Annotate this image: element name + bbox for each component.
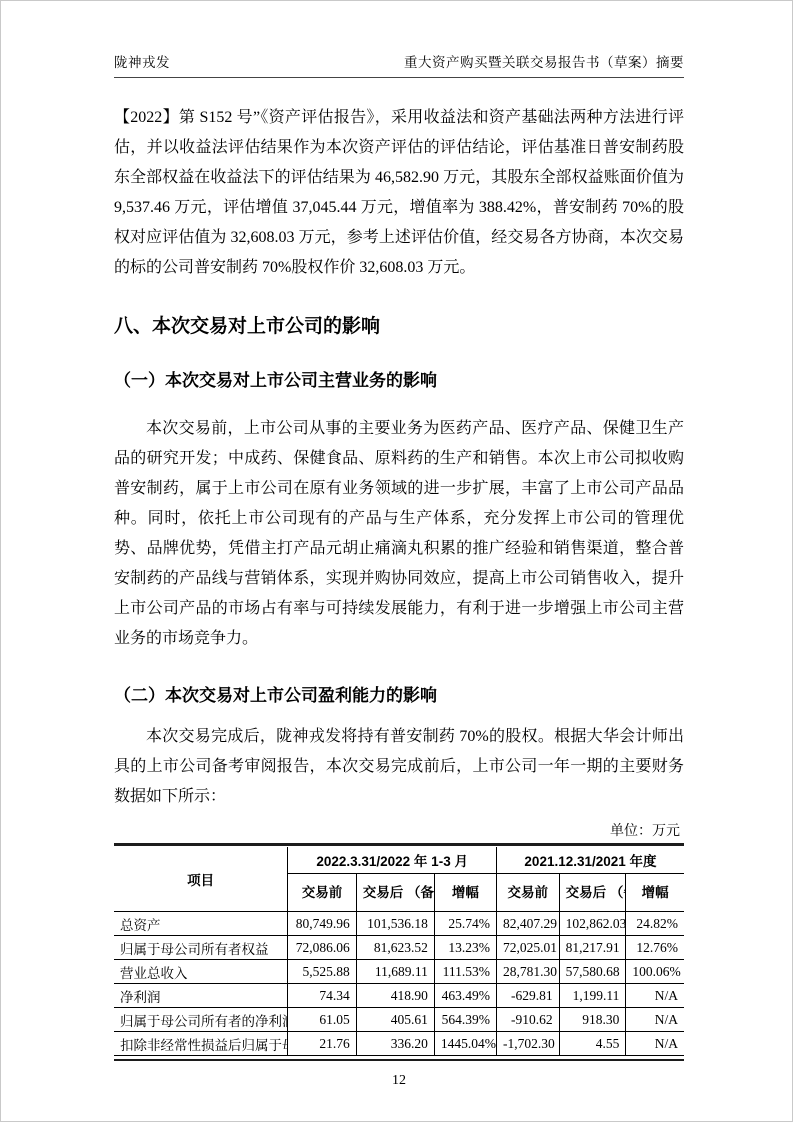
table-row: 净利润 74.34 418.90 463.49% -629.81 1,199.1… [114,984,684,1008]
cell-value: -629.81 [496,984,559,1008]
cell-value: 4.55 [559,1032,626,1056]
table-row: 营业总收入 5,525.88 11,689.11 111.53% 28,781.… [114,960,684,984]
row-label: 净利润 [114,984,288,1008]
cell-value: 418.90 [356,984,434,1008]
cell-value: 405.61 [356,1008,434,1032]
column-header-change-2022: 增幅 [434,874,496,912]
cell-value: 28,781.30 [496,960,559,984]
column-header-change-2021: 增幅 [626,874,684,912]
cell-value: 13.23% [434,936,496,960]
cell-value: 72,025.01 [496,936,559,960]
cell-value: 1,199.11 [559,984,626,1008]
cell-value: 1445.04% [434,1032,496,1056]
cell-value: 11,689.11 [356,960,434,984]
table-head: 项目 2022.3.31/2022 年 1-3 月 2021.12.31/202… [114,847,684,912]
cell-value: 5,525.88 [288,960,356,984]
cell-value: 74.34 [288,984,356,1008]
cell-value: N/A [626,1032,684,1056]
cell-value: 82,407.29 [496,912,559,936]
table-group-header-row: 项目 2022.3.31/2022 年 1-3 月 2021.12.31/202… [114,847,684,874]
cell-value: 80,749.96 [288,912,356,936]
cell-value: 72,086.06 [288,936,356,960]
column-header-pre-2021: 交易前 [496,874,559,912]
subsection-heading-1: （一）本次交易对上市公司主营业务的影响 [114,366,684,391]
cell-value: 102,862.03 [559,912,626,936]
table-row: 总资产 80,749.96 101,536.18 25.74% 82,407.2… [114,912,684,936]
column-header-post-2021: 交易后 （备考） [559,874,626,912]
page-number: 12 [114,1073,684,1089]
cell-value: 336.20 [356,1032,434,1056]
column-header-post-2022: 交易后 （备考） [356,874,434,912]
document-page: 陇神戎发 重大资产购买暨关联交易报告书（草案）摘要 【2022】第 S152 号… [0,0,793,1122]
cell-value: 111.53% [434,960,496,984]
table-row: 归属于母公司所有者权益 72,086.06 81,623.52 13.23% 7… [114,936,684,960]
column-header-pre-2022: 交易前 [288,874,356,912]
financial-comparison-table: 项目 2022.3.31/2022 年 1-3 月 2021.12.31/202… [114,847,684,1056]
cell-value: 81,623.52 [356,936,434,960]
row-label: 归属于母公司所有者权益 [114,936,288,960]
cell-value: 12.76% [626,936,684,960]
page-content: 陇神戎发 重大资产购买暨关联交易报告书（草案）摘要 【2022】第 S152 号… [114,1,684,1089]
cell-value: 25.74% [434,912,496,936]
cell-value: 918.30 [559,1008,626,1032]
paragraph-profitability-impact: 本次交易完成后，陇神戎发将持有普安制药 70%的股权。根据大华会计师出具的上市公… [114,722,684,812]
cell-value: -1,702.30 [496,1032,559,1056]
cell-value: N/A [626,1008,684,1032]
column-group-2021: 2021.12.31/2021 年度 [496,847,684,874]
subsection-heading-2: （二）本次交易对上市公司盈利能力的影响 [114,681,684,706]
row-label: 营业总收入 [114,960,288,984]
cell-value: N/A [626,984,684,1008]
column-group-2022: 2022.3.31/2022 年 1-3 月 [288,847,497,874]
cell-value: 57,580.68 [559,960,626,984]
table-row: 归属于母公司所有者的净利润 61.05 405.61 564.39% -910.… [114,1008,684,1032]
table-unit-label: 单位：万元 [114,820,684,840]
header-company-name: 陇神戎发 [114,51,170,71]
paragraph-main-business-impact: 本次交易前，上市公司从事的主要业务为医药产品、医疗产品、保健卫生产品的研究开发；… [114,414,684,654]
table-body: 总资产 80,749.96 101,536.18 25.74% 82,407.2… [114,912,684,1056]
paragraph-valuation-summary: 【2022】第 S152 号”《资产评估报告》，采用收益法和资产基础法两种方法进… [114,103,684,283]
cell-value: 81,217.91 [559,936,626,960]
cell-value: 21.76 [288,1032,356,1056]
cell-value: 100.06% [626,960,684,984]
row-label: 归属于母公司所有者的净利润 [114,1008,288,1032]
row-label: 扣除非经常性损益后归属于母 [114,1032,288,1056]
column-header-item: 项目 [114,847,288,912]
section-heading-8: 八、本次交易对上市公司的影响 [114,311,684,338]
header-report-title: 重大资产购买暨关联交易报告书（草案）摘要 [404,51,684,71]
cell-value: 61.05 [288,1008,356,1032]
financial-table-wrapper: 项目 2022.3.31/2022 年 1-3 月 2021.12.31/202… [114,843,684,1061]
cell-value: 564.39% [434,1008,496,1032]
cell-value: 101,536.18 [356,912,434,936]
running-header: 陇神戎发 重大资产购买暨关联交易报告书（草案）摘要 [114,1,684,78]
cell-value: -910.62 [496,1008,559,1032]
cell-value: 24.82% [626,912,684,936]
row-label: 总资产 [114,912,288,936]
cell-value: 463.49% [434,984,496,1008]
table-row: 扣除非经常性损益后归属于母 21.76 336.20 1445.04% -1,7… [114,1032,684,1056]
